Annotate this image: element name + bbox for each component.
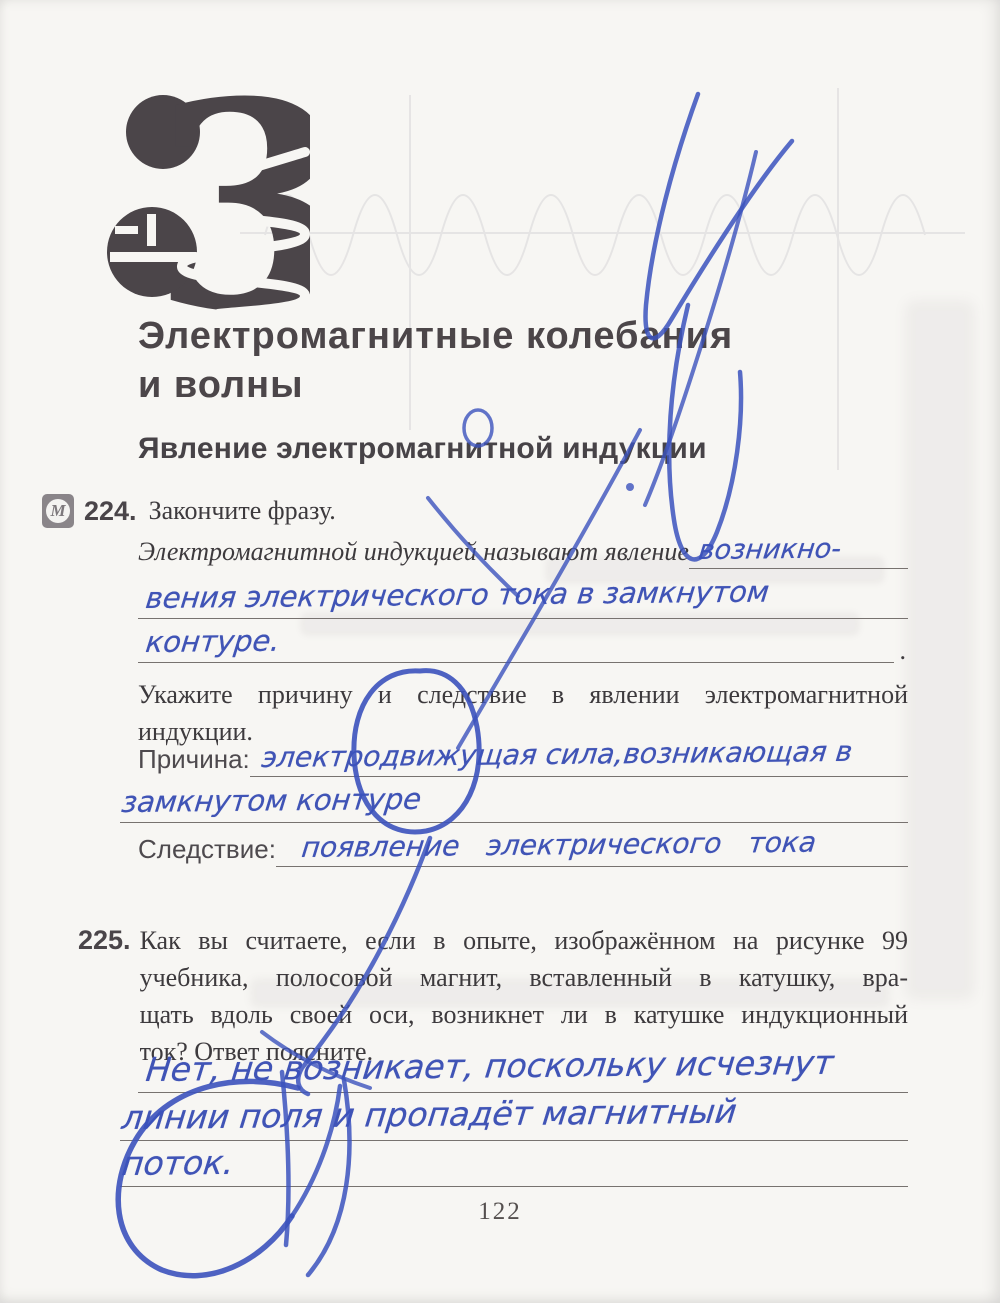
m-marker-letter: М [46, 499, 70, 523]
answer-blank-3: контуре. . [138, 620, 894, 663]
m-marker-badge: М [42, 494, 74, 528]
question-line1: Как вы считаете, если в опыте, изображён… [140, 922, 908, 959]
answer-blank-2: вения электрического тока в замкнутом [138, 574, 908, 619]
answer-225-line3: поток. [120, 1140, 908, 1187]
answer-225-line2: линии поля и пропадёт магнитный [120, 1092, 908, 1141]
answer-blank-1: возникно- [689, 534, 908, 569]
question-line2: учебника, полосовой магнит, вставленный … [140, 959, 908, 996]
chapter-title-line2: и волны [138, 361, 898, 410]
effect-blank: появление электрического тока [276, 828, 908, 867]
workbook-page: 3 Электромагнитные колебания и волны Явл… [0, 0, 1000, 1303]
cause-row: Причина: электродвижущая сила,возникающа… [138, 738, 908, 777]
chapter-number-graphic: 3 [100, 80, 310, 325]
effect-row: Следствие: появление электрического тока [138, 828, 908, 867]
handwritten-answer: появление электрического тока [300, 826, 818, 864]
chapter-title: Электромагнитные колебания и волны [138, 312, 898, 410]
section-title: Явление электромагнитной индукции [138, 432, 898, 466]
effect-label: Следствие: [138, 834, 276, 867]
task-224-header: М 224. Закончите фразу. [42, 494, 336, 528]
handwritten-answer: возникно- [697, 534, 843, 566]
printed-period: . [900, 636, 907, 666]
cause-blank-2: замкнутом контуре [120, 780, 908, 823]
question-line3: щать вдоль своей оси, возникнет ли в кат… [140, 996, 908, 1033]
answer-225-line1: Нет, не возникает, поскольку исчезнут [138, 1040, 908, 1093]
page-number: 122 [0, 1198, 1000, 1226]
chapter-title-line1: Электромагнитные колебания [138, 312, 898, 361]
handwritten-answer: вения электрического тока в замкнутом [144, 574, 771, 615]
capacitor-icon [107, 207, 197, 297]
fill-prompt: Электромагнитной индукцией называют явле… [138, 535, 689, 569]
handwritten-answer: электродвижущая сила,возникающая в [260, 735, 854, 774]
followup-line1: Укажите причину и следствие в явлении эл… [138, 676, 908, 713]
handwritten-answer: контуре. [144, 624, 282, 659]
handwritten-answer: замкнутом контуре [120, 782, 423, 819]
cause-label: Причина: [138, 744, 250, 777]
task-224-instruction: Закончите фразу. [149, 494, 336, 528]
fill-row-1: Электромагнитной индукцией называют явле… [138, 534, 908, 569]
handwritten-answer: линии поля и пропадёт магнитный [120, 1092, 739, 1137]
task-225-number: 225. [78, 922, 131, 1070]
handwritten-answer: Нет, не возникает, поскольку исчезнут [144, 1043, 836, 1089]
cause-blank: электродвижущая сила,возникающая в [250, 738, 908, 777]
task-224-number: 224. [84, 494, 137, 528]
handwritten-answer: поток. [120, 1143, 236, 1183]
